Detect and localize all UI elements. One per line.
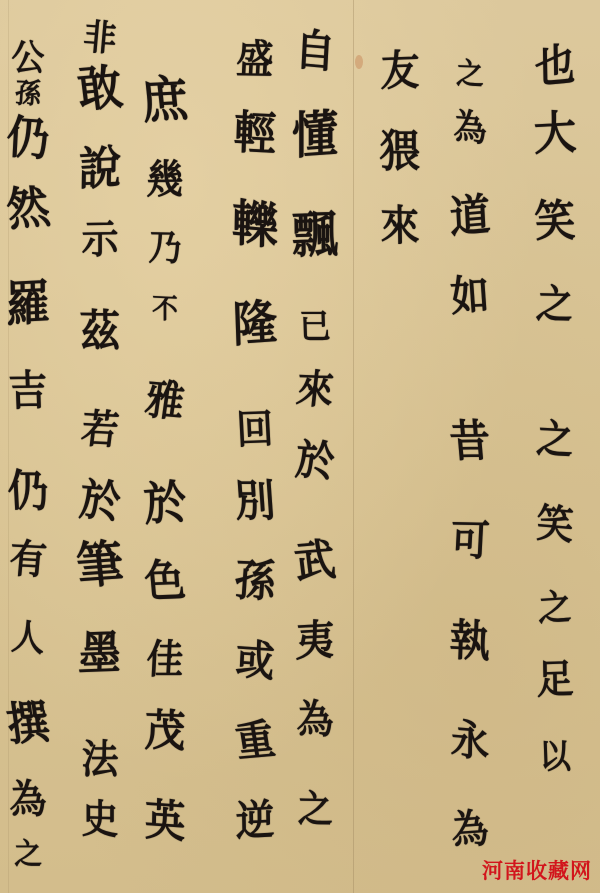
calligraphy-character: 來: [380, 204, 419, 247]
calligraphy-character: 可: [450, 520, 491, 563]
calligraphy-character: 別: [233, 480, 277, 524]
calligraphy-character: 轢: [232, 198, 279, 252]
calligraphy-character: 乃: [148, 230, 182, 267]
calligraphy-character: 之: [535, 285, 575, 326]
calligraphy-character: 雅: [143, 378, 187, 423]
calligraphy-character: 公: [10, 40, 46, 76]
calligraphy-character: 墨: [78, 629, 122, 677]
site-watermark: 河南收藏网: [482, 855, 592, 885]
calligraphy-character: 隆: [232, 298, 278, 349]
calligraphy-character: 足: [536, 659, 573, 700]
calligraphy-character: 說: [78, 144, 121, 192]
calligraphy-character: 武: [292, 538, 338, 585]
calligraphy-character: 之: [456, 60, 484, 91]
calligraphy-character: 之: [297, 790, 333, 829]
calligraphy-character: 永: [450, 718, 489, 763]
calligraphy-character: 自: [294, 28, 337, 75]
calligraphy-character: 之: [535, 419, 575, 461]
calligraphy-character: 昔: [448, 420, 492, 465]
calligraphy-character: 來: [295, 369, 336, 410]
calligraphy-character: 若: [79, 409, 121, 451]
calligraphy-character: 已: [299, 310, 331, 344]
calligraphy-scan: 也大笑之之笑之足以之為道如昔可執永為友猥來自懂飄已來於武夷為之盛輕轢隆回別孫或重…: [0, 0, 600, 893]
calligraphy-character: 猥: [380, 130, 420, 174]
calligraphy-character: 夷: [295, 619, 334, 663]
calligraphy-character: 然: [3, 183, 52, 232]
calligraphy-character: 道: [449, 193, 492, 240]
calligraphy-character: 幾: [146, 160, 184, 201]
calligraphy-character: 於: [142, 479, 187, 528]
calligraphy-character: 懂: [292, 108, 338, 161]
calligraphy-character: 或: [235, 639, 276, 684]
calligraphy-character: 孫: [233, 559, 277, 604]
calligraphy-character: 為: [10, 779, 47, 820]
calligraphy-character: 笑: [536, 503, 575, 546]
paper-seam: [353, 0, 354, 893]
calligraphy-character: 之: [14, 840, 42, 870]
calligraphy-character: 以: [539, 740, 571, 774]
calligraphy-character: 也: [534, 43, 575, 91]
calligraphy-character: 飄: [292, 209, 339, 261]
calligraphy-character: 人: [10, 619, 46, 658]
calligraphy-character: 史: [82, 799, 119, 840]
calligraphy-character: 重: [232, 719, 277, 764]
calligraphy-character: 逆: [235, 799, 274, 843]
calligraphy-character: 孫: [14, 80, 42, 109]
calligraphy-character: 示: [82, 220, 119, 261]
calligraphy-character: 不: [152, 294, 178, 323]
calligraphy-character: 於: [78, 478, 123, 525]
calligraphy-character: 庶: [139, 74, 190, 126]
calligraphy-character: 敢: [75, 63, 125, 115]
calligraphy-character: 執: [449, 619, 491, 665]
calligraphy-character: 撰: [4, 699, 53, 748]
calligraphy-character: 仍: [6, 114, 51, 163]
calligraphy-character: 筆: [74, 539, 125, 592]
calligraphy-character: 非: [82, 19, 118, 57]
calligraphy-character: 佳: [146, 640, 185, 680]
calligraphy-character: 為: [453, 109, 486, 147]
calligraphy-character: 色: [143, 559, 187, 604]
calligraphy-character: 為: [297, 700, 334, 741]
calligraphy-character: 英: [144, 799, 185, 846]
calligraphy-character: 笑: [534, 200, 577, 245]
calligraphy-character: 茲: [79, 310, 120, 355]
calligraphy-character: 有: [8, 539, 48, 581]
calligraphy-character: 為: [451, 809, 489, 852]
calligraphy-character: 仍: [7, 470, 50, 515]
calligraphy-character: 法: [81, 740, 118, 780]
paper-stain: [355, 55, 363, 69]
calligraphy-character: 大: [533, 109, 577, 157]
calligraphy-character: 之: [538, 589, 571, 627]
calligraphy-character: 回: [236, 409, 275, 450]
calligraphy-character: 羅: [6, 279, 51, 329]
calligraphy-character: 輕: [233, 109, 277, 157]
calligraphy-character: 於: [294, 439, 336, 484]
calligraphy-character: 如: [449, 274, 491, 318]
calligraphy-character: 吉: [8, 370, 48, 413]
calligraphy-character: 盛: [236, 40, 275, 81]
calligraphy-character: 友: [380, 49, 419, 92]
calligraphy-character: 茂: [144, 709, 186, 754]
